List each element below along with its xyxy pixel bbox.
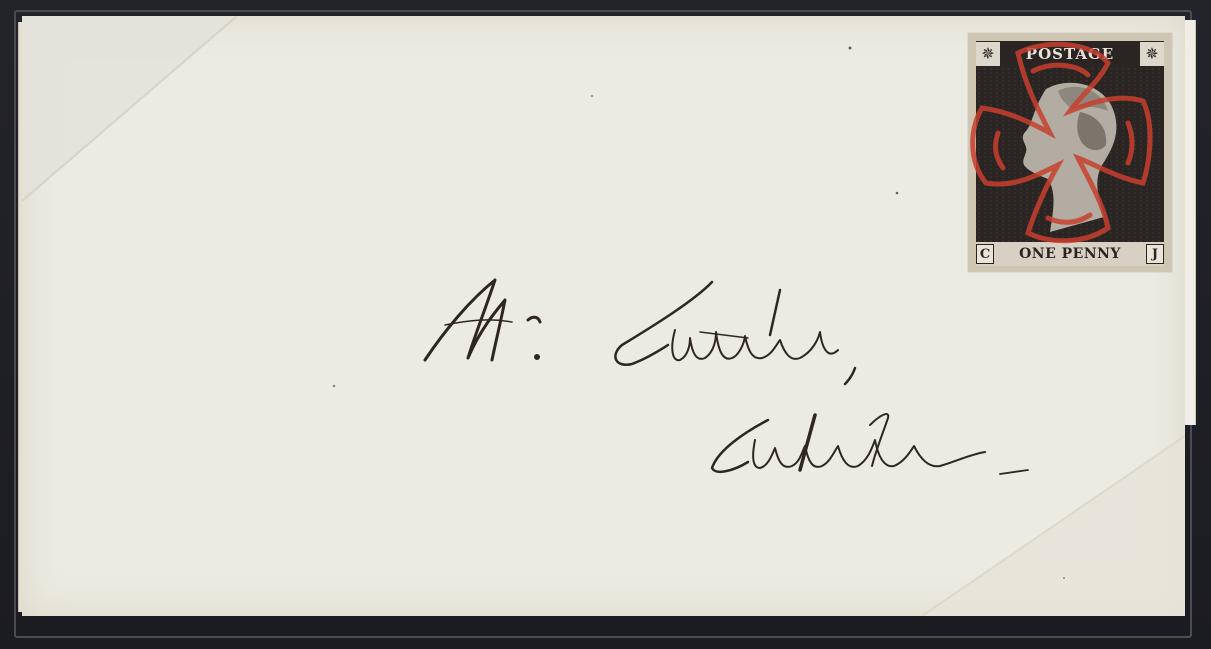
penny-black-stamp: ✵ POSTAGE ✵ C ONE PENNY J [968,33,1172,272]
maltese-cross-cancellation [958,33,1178,272]
